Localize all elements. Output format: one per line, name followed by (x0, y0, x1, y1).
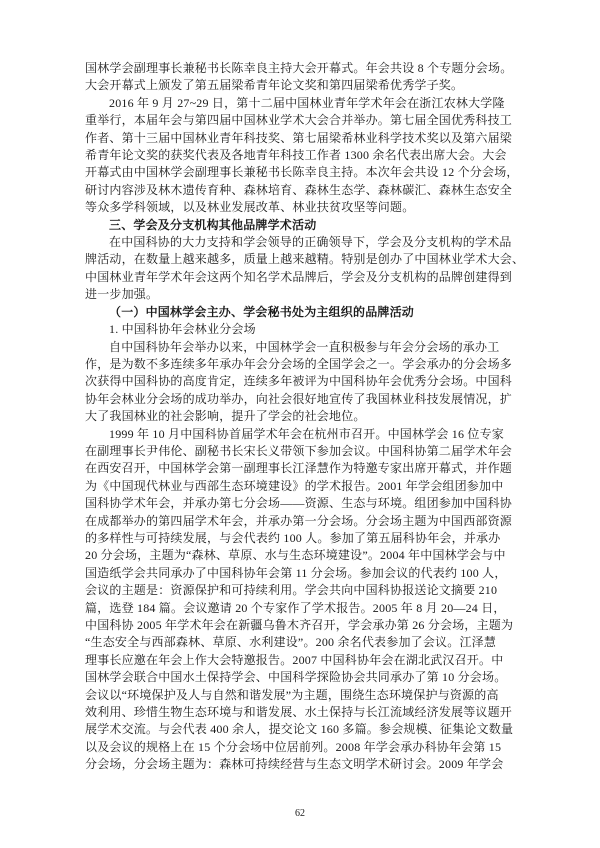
text-line: 1. 中国科协年会林业分会场 (85, 321, 521, 338)
text-line: 20 分会场，主题为“森林、草原、水与生态环境建设”。2004 年中国林学会与中 (85, 547, 521, 564)
text-line: 以及会议的规格上在 15 个分会场中位居前列。2008 年学会承办科协年会第 1… (85, 739, 521, 756)
text-line: 协年会林业分会场的成功举办，向社会很好地宣传了我国林业科技发展情况，扩 (85, 391, 521, 408)
text-line: 国科协学术年会，并承办第七分会场——资源、生态与环境。组团参加中国科协 (85, 495, 521, 512)
document-page: 国林学会副理事长兼秘书长陈幸良主持大会开幕式。年会共设 8 个专题分会场。大会开… (0, 0, 600, 848)
text-line: 会议以“环境保护及人与自然和谐发展”为主题，围绕生态环境保护与资源的高 (85, 687, 521, 704)
text-line: 在中国科协的大力支持和学会领导的正确领导下，学会及分支机构的学术品 (85, 234, 521, 251)
text-line: 效利用、珍惜生物生态环境与和谐发展、水土保持与长江流域经济发展等议题开 (85, 704, 521, 721)
text-line: 会议的主题是：资源保护和可持续利用。学会共向中国科协报送论文摘要 210 (85, 582, 521, 599)
text-line: 等众多学科领域，以及林业发展改革、林业扶贫攻坚等问题。 (85, 199, 521, 216)
text-line: 国林学会副理事长兼秘书长陈幸良主持大会开幕式。年会共设 8 个专题分会场。 (85, 60, 521, 77)
text-line: 篇，选登 184 篇。会议邀请 20 个专家作了学术报告。2005 年 8 月 … (85, 600, 521, 617)
text-line: 重举行，本届年会与第四届中国林业学术大会合并举办。第七届全国优秀科技工 (85, 112, 521, 129)
text-line: 次获得中国科协的高度肯定，连续多年被评为中国科协年会优秀分会场。中国科 (85, 373, 521, 390)
text-line: 的多样性与可持续发展，与会代表约 100 人。参加了第五届科协年会，并承办 (85, 530, 521, 547)
text-line: 在副理事长尹伟伦、副秘书长宋长义带领下参加会议。中国科协第二届学术年会 (85, 443, 521, 460)
text-line: 大会开幕式上颁发了第五届梁希青年论文奖和第四届梁希优秀学子奖。 (85, 77, 521, 94)
text-line: 研讨内容涉及林木遗传育种、森林培育、森林生态学、森林碳汇、森林生态安全 (85, 182, 521, 199)
text-line: 为《中国现代林业与西部生态环境建设》的学术报告。2001 年学会组团参加中 (85, 478, 521, 495)
text-line: 国林学会联合中国水土保持学会、中国科学探险协会共同承办了第 10 分会场。 (85, 669, 521, 686)
text-line: 作者、第十三届中国林业青年科技奖、第七届梁希林业科学技术奖以及第六届梁 (85, 130, 521, 147)
document-body: 国林学会副理事长兼秘书长陈幸良主持大会开幕式。年会共设 8 个专题分会场。大会开… (85, 60, 521, 774)
text-line: 希青年论文奖的获奖代表及各地青年科技工作者 1300 余名代表出席大会。大会 (85, 147, 521, 164)
text-line: 中国科协 2005 年学术年会在新疆乌鲁木齐召开，学会承办第 26 分会场，主题… (85, 617, 521, 634)
text-line: 理事长应邀在年会上作大会特邀报告。2007 中国科协年会在湖北武汉召开。中 (85, 652, 521, 669)
text-line: 大了我国林业的社会影响，提升了学会的社会地位。 (85, 408, 521, 425)
text-line: 中国林业青年学术年会这两个知名学术品牌后，学会及分支机构的品牌创建得到 (85, 269, 521, 286)
text-line: 作，是为数不多连续多年承办年会分会场的全国学会之一。学会承办的分会场多 (85, 356, 521, 373)
text-line: 牌活动，在数量上越来越多，质量上越来越精。特别是创办了中国林业学术大会、 (85, 251, 521, 268)
text-line: 三、学会及分支机构其他品牌学术活动 (85, 217, 521, 234)
text-line: 自中国科协年会举办以来，中国林学会一直积极参与年会分会场的承办工 (85, 339, 521, 356)
text-line: （一）中国林学会主办、学会秘书处为主组织的品牌活动 (85, 304, 521, 321)
text-line: 在西安召开，中国林学会第一副理事长江泽慧作为特邀专家出席开幕式，并作题 (85, 460, 521, 477)
text-line: 进一步加强。 (85, 286, 521, 303)
text-line: 2016 年 9 月 27~29 日，第十二届中国林业青年学术年会在浙江农林大学… (85, 95, 521, 112)
text-line: 国造纸学会共同承办了中国科协年会第 11 分会场。参加会议的代表约 100 人， (85, 565, 521, 582)
text-line: 开幕式由中国林学会副理事长兼秘书长陈幸良主持。本次年会共设 12 个分会场， (85, 164, 521, 181)
text-line: 1999 年 10 月中国科协首届学术年会在杭州市召开。中国林学会 16 位专家 (85, 426, 521, 443)
text-line: 在成都举办的第四届学术年会，并承办第一分会场。分会场主题为中国西部资源 (85, 513, 521, 530)
text-line: 展学术交流。与会代表 400 余人，提交论文 160 多篇。参会规模、征集论文数… (85, 721, 521, 738)
text-line: “生态安全与西部森林、草原、水利建设”。200 余名代表参加了会议。江泽慧 (85, 634, 521, 651)
text-line: 分会场，分会场主题为：森林可持续经营与生态文明学术研讨会。2009 年学会 (85, 756, 521, 773)
page-number: 62 (0, 808, 600, 819)
